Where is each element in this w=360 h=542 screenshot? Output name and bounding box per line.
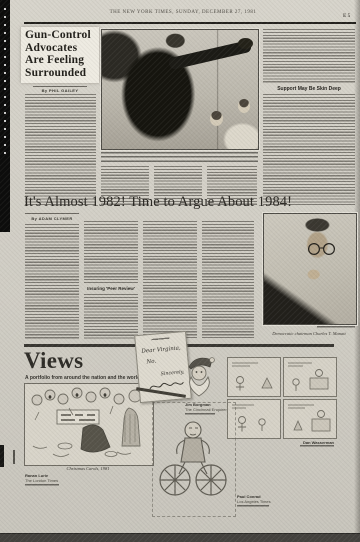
conrad-credit-extra-placeholder	[237, 505, 269, 509]
glasses-shape	[304, 242, 340, 256]
byline-rule	[33, 86, 87, 87]
argue-headline: It's Almost 1982! Time to Argue About 19…	[24, 194, 292, 211]
scan-tick-mark	[13, 450, 15, 464]
letterhead-placeholder	[152, 337, 170, 343]
gun-body-text-placeholder-right-bottom	[263, 94, 355, 205]
conrad-cartoon-frame	[152, 402, 236, 517]
gun-headline-line4: Surrounded	[25, 67, 99, 80]
gun-body-text-placeholder-right-top	[263, 29, 355, 83]
photo-bystander-face-2	[238, 99, 250, 113]
crowd-cartoon-drawing	[25, 384, 153, 465]
gun-headline-line1: Gun-Control	[25, 29, 99, 42]
lurie-caption: Christmas Carols, 1981	[24, 466, 152, 471]
argue-body-text-placeholder-c3	[143, 221, 197, 340]
masthead-rule	[24, 22, 356, 24]
lurie-credit-org: The London Times	[25, 478, 58, 483]
wasserman-credit-extra-placeholder	[300, 445, 334, 449]
argue-body-text-placeholder-c2a	[84, 221, 138, 283]
comic-panel-4-drawing	[284, 400, 336, 438]
argue-body-text-placeholder-c4	[202, 221, 254, 340]
film-edge-markings	[4, 8, 6, 158]
letter-line-2: No.	[146, 359, 156, 366]
lurie-cartoon	[24, 383, 154, 466]
scan-bottom-band	[0, 533, 360, 542]
gun-headline: Gun-Control Advocates Are Feeling Surrou…	[25, 29, 99, 79]
comic-panel-1	[227, 357, 281, 397]
argue-body-text-placeholder-c2b	[84, 294, 138, 340]
gun-body-text-placeholder-left	[25, 94, 96, 205]
santa-face-drawing	[183, 352, 217, 400]
gun-headline-line3: Are Feeling	[25, 54, 99, 67]
page-number: E 5	[343, 14, 350, 19]
scan-artifact-mark	[0, 445, 4, 467]
letter-line-1: Dear Virginia,	[141, 345, 181, 354]
protest-news-photo	[101, 29, 259, 150]
film-edge-strip	[0, 0, 10, 232]
argue-byline-rule	[25, 213, 79, 214]
comic-panel-2	[283, 357, 337, 397]
comic-panel-2-drawing	[284, 358, 336, 396]
views-title: Views	[24, 348, 83, 374]
gun-headline-line2: Advocates	[25, 42, 99, 55]
wheelchair-man-drawing	[153, 408, 233, 508]
manatt-portrait-photo	[263, 213, 357, 325]
wasserman-comic-strip	[227, 357, 334, 438]
letter-line-3: Sincerely,	[160, 370, 184, 377]
lurie-credit-extra-placeholder	[25, 484, 59, 488]
gun-subhead: Support May Be Skin Deep	[263, 86, 355, 92]
gun-byline: By PHIL GAILEY	[25, 88, 95, 93]
conrad-credit-org: Los Angeles Times	[237, 499, 271, 504]
newspaper-page: THE NEW YORK TIMES, SUNDAY, DECEMBER 27,…	[0, 0, 360, 542]
photo-caption-placeholder	[101, 152, 258, 162]
masthead-dateline: THE NEW YORK TIMES, SUNDAY, DECEMBER 27,…	[10, 10, 356, 15]
argue-subhead: Insuring 'Peer Review'	[84, 286, 138, 291]
manatt-photo-caption: Democratic chairman Charles T. Manatt	[263, 331, 355, 336]
comic-panel-4	[283, 399, 337, 439]
comic-panel-1-drawing	[228, 358, 280, 396]
argue-body-text-placeholder-c1	[25, 224, 79, 340]
argue-byline: By ADAM CLYMER	[25, 216, 79, 221]
manatt-photo-credit-placeholder	[317, 326, 355, 330]
photo-bystander-face-1	[210, 111, 223, 126]
